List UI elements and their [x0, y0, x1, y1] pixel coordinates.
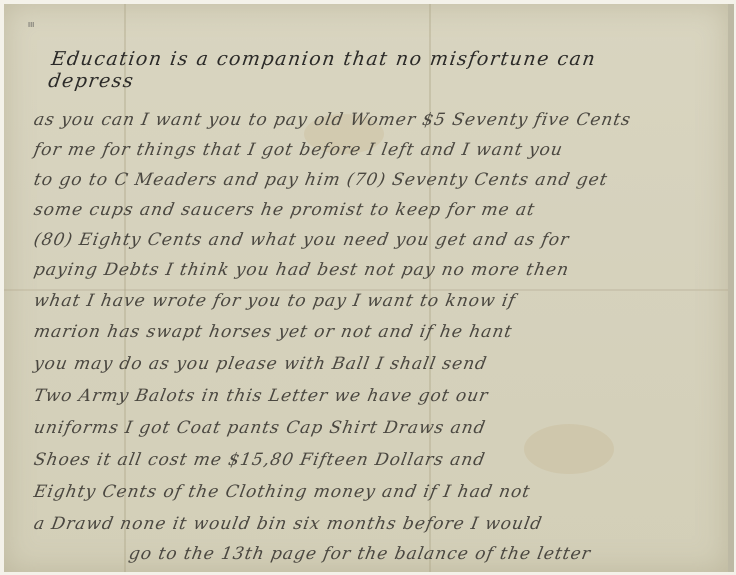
letter-line: Shoes it all cost me $15,80 Fifteen Doll…: [32, 450, 726, 470]
page-marker: III: [28, 21, 34, 29]
letter-line: uniforms I got Coat pants Cap Shirt Draw…: [32, 418, 726, 438]
letter-line: Two Army Balots in this Letter we have g…: [32, 386, 726, 406]
letter-line: what I have wrote for you to pay I want …: [32, 291, 726, 311]
letter-page: III Education is a companion that no mis…: [4, 4, 734, 572]
letter-line: to go to C Meaders and pay him (70) Seve…: [32, 170, 726, 190]
letter-line: go to the 13th page for the balance of t…: [127, 544, 734, 564]
letter-line: marion has swapt horses yet or not and i…: [32, 322, 726, 342]
copybook-heading: Education is a companion that no misfort…: [47, 48, 663, 92]
letter-line: as you can I want you to pay old Womer $…: [32, 110, 726, 130]
letter-line: Eighty Cents of the Clothing money and i…: [32, 482, 726, 502]
letter-line: for me for things that I got before I le…: [32, 140, 726, 160]
letter-line: paying Debts I think you had best not pa…: [32, 260, 726, 280]
letter-line: some cups and saucers he promist to keep…: [32, 200, 726, 220]
letter-line: (80) Eighty Cents and what you need you …: [32, 230, 726, 250]
letter-line: you may do as you please with Ball I sha…: [32, 354, 726, 374]
letter-line: a Drawd none it would bin six months bef…: [32, 514, 726, 534]
